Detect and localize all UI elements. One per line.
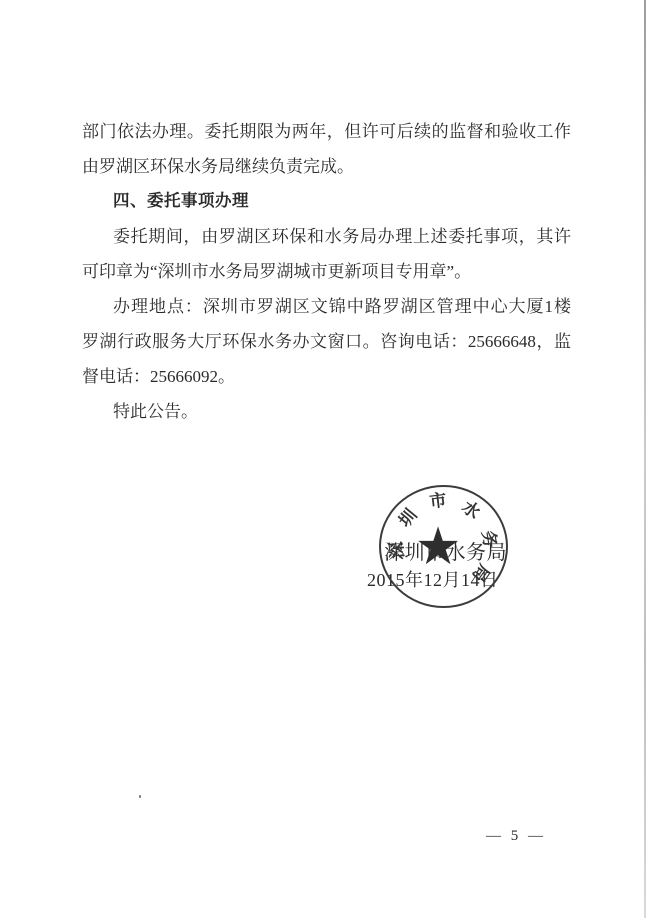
- body-text-line: 由罗湖区环保水务局继续负责完成。: [82, 149, 571, 184]
- seal-arc-char: 水: [459, 498, 483, 522]
- signature-date: 2015年12月14日: [367, 566, 499, 592]
- body-text-block: 部门依法办理。委托期限为两年，但许可后续的监督和验收工作 由罗湖区环保水务局继续…: [82, 114, 571, 429]
- body-text-line: 办理地点：深圳市罗湖区文锦中路罗湖区管理中心大厦1楼: [82, 289, 571, 324]
- scanned-document-page: 部门依法办理。委托期限为两年，但许可后续的监督和验收工作 由罗湖区环保水务局继续…: [0, 0, 650, 918]
- body-text-line: 督电话：25666092。: [82, 359, 571, 394]
- section-heading: 四、委托事项办理: [82, 184, 571, 219]
- signature-organization: 深圳市水务局: [384, 536, 507, 565]
- seal-arc-char: 市: [429, 492, 448, 511]
- body-text-line: 罗湖行政服务大厅环保水务办文窗口。咨询电话：25666648，监: [82, 324, 571, 359]
- body-text-line: 部门依法办理。委托期限为两年，但许可后续的监督和验收工作: [82, 114, 571, 149]
- body-text-line: 可印章为“深圳市水务局罗湖城市更新项目专用章”。: [82, 254, 571, 289]
- body-text-line: 委托期间，由罗湖区环保和水务局办理上述委托事项，其许: [82, 219, 571, 254]
- closing-line: 特此公告。: [82, 394, 571, 429]
- scan-speck-artifact: [139, 795, 141, 798]
- seal-arc-char: 圳: [396, 506, 420, 530]
- scan-edge-artifact: [644, 0, 646, 918]
- page-number: — 5 —: [486, 828, 546, 845]
